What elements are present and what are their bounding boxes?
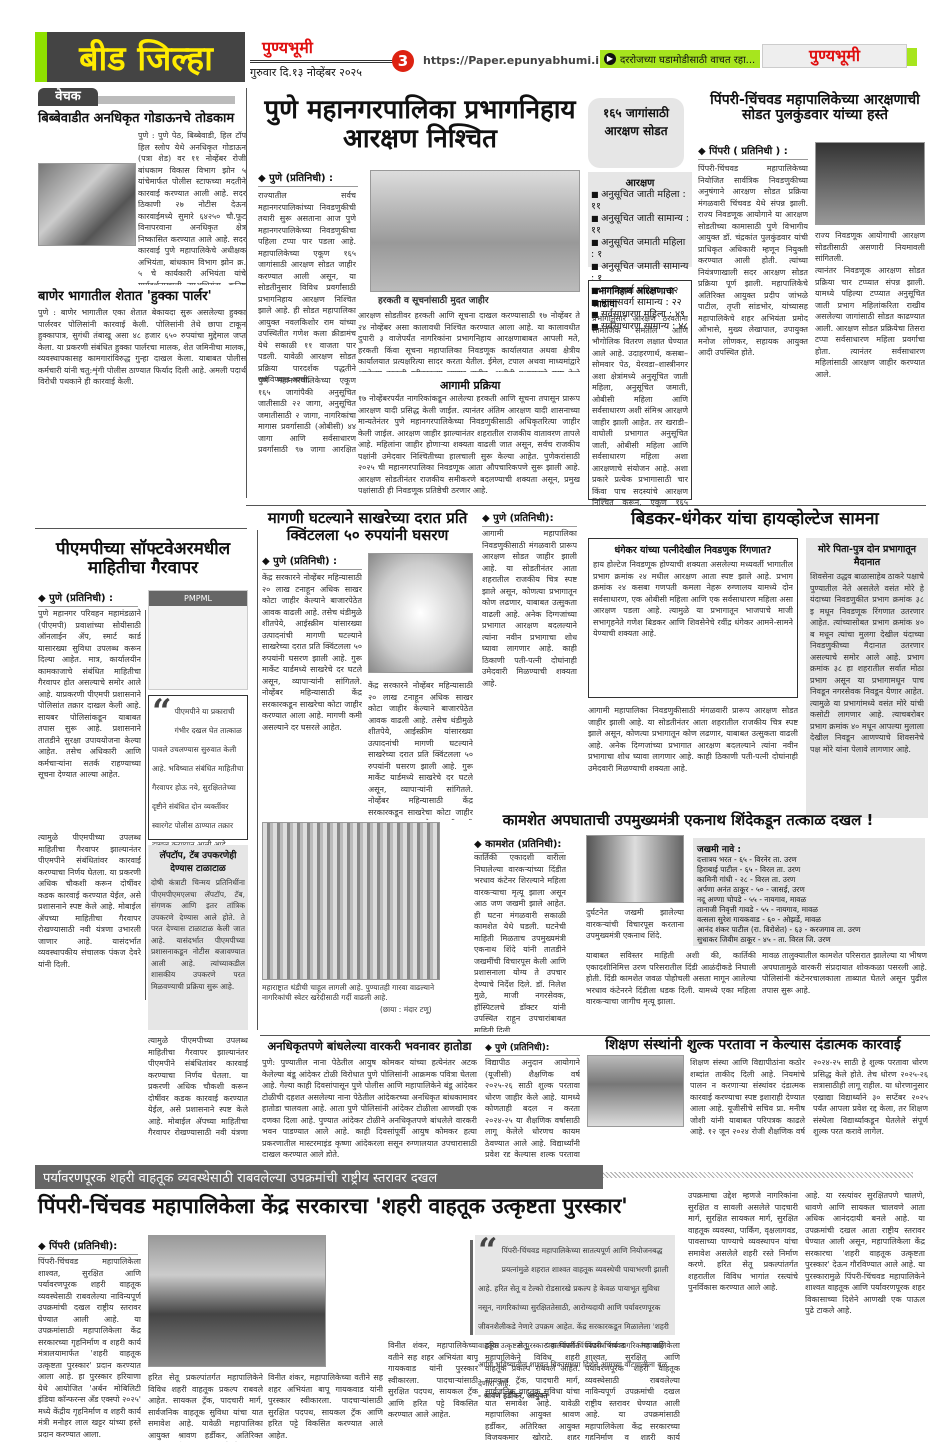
article-body: आगामी महापालिका निवडणुकीसाठी मंगळवारी प्… xyxy=(588,705,798,815)
article-body: १७ नोव्हेंबरपर्यंत नागरिकांकडून आलेल्या … xyxy=(358,393,580,498)
article-body: पुणे : बाणेर भागातील एका शेतात बेकायदा स… xyxy=(38,307,246,522)
article-title: बाणेर भागातील शेतात 'हुक्का पार्लर' xyxy=(38,290,246,304)
award-banner: पर्यावरणपूरक शहरी वाहतूक व्यवस्थेसाठी रा… xyxy=(35,1165,603,1189)
article-body: केंद्र सरकारने नोव्हेंबर महिन्यासाठी २० … xyxy=(368,680,473,820)
quote-icon: “ xyxy=(478,1238,498,1265)
website-link[interactable]: https://Paper.epunyabhumi.in xyxy=(423,54,607,67)
box-text: दोषी कंत्राटी चिन्मय प्रतिनिधींना पीएमपी… xyxy=(151,877,245,1027)
pmc-building-photo xyxy=(370,170,580,292)
article-body: पुणे महानगरपालिकेच्या एकूण १६५ जागांपैकी… xyxy=(258,375,356,453)
box-title: मोरे पिता-पुत्र दोन प्रभागातून मैदानात xyxy=(810,542,924,568)
play-icon: ▶ xyxy=(604,53,616,65)
article-title: पीएमपीच्या सॉफ्टवेअरमधील माहितीचा गैरवाप… xyxy=(38,540,248,577)
quote-bar xyxy=(470,1240,473,1335)
injured-title: जखमी नावे : xyxy=(697,842,921,855)
article-body: आरक्षण सोडतीवर हरकती आणि सूचना दाखल करण्… xyxy=(358,310,580,372)
article-title: शिक्षण संस्थांनी शुल्क परतावा न केल्यास … xyxy=(578,1038,928,1053)
ticker-text: दररोजच्या घडामोडीसाठी वाचत रहा... xyxy=(620,52,755,66)
article-body: विनीत शंकर, महापालिकेच्या वतीने सह शहर अ… xyxy=(388,1340,478,1440)
article-title: कामशेत अपघाताची उपमुख्यमंत्री एकनाथ शिंद… xyxy=(448,812,928,829)
article-body: आहे. या रस्त्यांवर सुरक्षितपणे चालणे, धा… xyxy=(805,1190,925,1440)
injured-item: सुधाकर जिवीम ठाकूर - ४५ - ता. विरल जि. उ… xyxy=(697,935,921,945)
dhangekar-box: धंगेकर यांच्या पत्नीदेखील निवडणुक रिंगणा… xyxy=(588,538,798,698)
article-title: अनधिकृतपणे बांधलेल्या वारकरी भवनावर हातो… xyxy=(262,1040,477,1053)
byline: ◆ पुणे (प्रतिनिधी): xyxy=(485,1040,580,1056)
section-divider xyxy=(260,1035,930,1036)
article-body: हरित सेतू प्रकल्पांतर्गत महापालिकेने विव… xyxy=(148,1372,263,1442)
article-title: पिंपरी-चिंचवड महापालिकेच्या आरक्षणाची सो… xyxy=(695,93,935,124)
injured-list: दत्तात्रय भरत - ६५ - विरनेर ता. उरण हिरा… xyxy=(697,855,921,945)
injured-item: हिराबाई पाटील - ६५ - विरल ता. उरण xyxy=(697,865,921,875)
reservation-draw-photo xyxy=(815,142,925,225)
more-box: मोरे पिता-पुत्र दोन प्रभागातून मैदानात श… xyxy=(806,538,928,818)
injured-item: आनंद शंकर पाटील (रा. विरोशेत) - ६३ - करज… xyxy=(697,925,921,935)
article-title: बिडकर-धंगेकर यांचा हायव्होल्टेज सामना xyxy=(585,510,925,529)
banner-pattern xyxy=(603,1172,913,1178)
injured-item: दत्तात्रय भरत - ६५ - विरनेर ता. उरण xyxy=(697,855,921,865)
app-header: PMPML xyxy=(149,591,247,606)
pmpml-app-screenshot: PMPML xyxy=(148,590,248,690)
photo-caption: महाराष्ट्रात थंडीची चाहूल लागली आहे. पुण… xyxy=(262,983,440,1003)
article-body: पिंपरी-चिंचवड महापालिकेला शाश्वत, सुरक्ष… xyxy=(585,1340,680,1440)
injured-item: तानाजी निवृत्ती गावडे - ५५ - नायगाव, माव… xyxy=(697,905,921,915)
article-body: विद्यापीठ अनुदान आयोगाने (यूजीसी) शैक्षण… xyxy=(485,1057,580,1157)
article-body: मावळ तालुक्यातील कामशेत परिसरात झालेल्या… xyxy=(762,950,927,1030)
kamshet-photo xyxy=(586,835,684,903)
reservation-box-title: आरक्षण xyxy=(591,175,689,189)
lead-headline: पुणे महानगरपालिका प्रभागनिहाय आरक्षण निश… xyxy=(255,96,585,153)
article-body: विनीत शंकर, महापालिकेच्या वतीने सह शहर अ… xyxy=(268,1372,383,1442)
box-text: शिवसेना उद्धव बाळासाहेब ठाकरे पक्षाचे पु… xyxy=(810,571,924,821)
box-title: धंगेकर यांच्या पत्नीदेखील निवडणुक रिंगणा… xyxy=(593,543,793,556)
section-tag: वेचक xyxy=(38,88,98,106)
photo-credit: (छाया : मंदार टणू) xyxy=(380,1005,432,1015)
section-tag-bar xyxy=(98,96,235,104)
section-title: बीड जिल्हा xyxy=(35,32,245,82)
reservation-item: अनुसूचित जाती सामान्य : ११ xyxy=(591,213,689,237)
injured-box: जखमी नावे : दत्तात्रय भरत - ६५ - विरनेर … xyxy=(693,838,925,946)
article-body: कार्तिकी एकादशी वारीला निघालेल्या वारकऱ्… xyxy=(474,852,566,1032)
photo-caption: हरकती व सूचनांसाठी मुदत जाहीर xyxy=(378,296,489,306)
column-divider xyxy=(145,610,146,1000)
page-number: 3 xyxy=(392,50,414,72)
issue-date: गुरुवार दि.१३ नोव्हेंबर २०२५ xyxy=(250,65,362,80)
brand-name: पुण्यभूमी xyxy=(262,36,313,58)
injured-item: अर्पणा अनंत ठाकूर - ५० - जासई, उरण xyxy=(697,885,921,895)
article-title: पिंपरी-चिंचवड महापालिकेला केंद्र सरकारचा… xyxy=(38,1195,678,1218)
article-body: पिंपरी-चिंचवड महापालिकेला शाश्वत, सुरक्ष… xyxy=(38,1256,141,1441)
laptop-box: लॅपटॉप, टॅब उपकरणेही देण्यास टाळाटाळ दोष… xyxy=(148,845,248,1030)
column-divider xyxy=(257,530,258,1030)
header-divider xyxy=(250,60,398,63)
logo-accent xyxy=(907,48,917,66)
article-body: पुणे: पुण्यातील नाना पेठेतील आयुष कोमकर … xyxy=(262,1057,477,1157)
ward-summary-text: प्रभागानुसार आरक्षण ठरवताना सामाजिक समतो… xyxy=(592,313,688,508)
box-text: हाय होल्टेज निवडणूक होण्याची शक्यता असले… xyxy=(593,559,793,694)
article-body: त्यानंतर निवडणूक आरक्षण सोडत प्रक्रिया च… xyxy=(815,265,925,498)
byline: ◆ पुणे (प्रतिनिधी) : xyxy=(262,553,362,570)
column-divider xyxy=(246,88,247,498)
ward-summary-title: प्रभागनिहाय आरक्षणाचा आढावा xyxy=(592,284,688,310)
photo-caption: दुर्घटनेत जखमी झालेल्या वारकऱ्यांची विचा… xyxy=(586,907,684,942)
section-divider xyxy=(35,528,247,529)
ticker[interactable]: ▶दररोजच्या घडामोडीसाठी वाचत रहा... xyxy=(600,50,760,68)
byline: ◆ पुणे (प्रतिनिधी) : xyxy=(38,590,138,607)
byline: ◆ पिंपरी ( प्रतिनिधी ) : xyxy=(698,143,808,160)
reservation-bubble: १६५ जागांसाठी आरक्षण सोडत xyxy=(588,98,684,168)
article-body: पिंपरी-चिंचवड महापालिकेच्या नियोजित सार्… xyxy=(698,163,808,498)
article-body: हरित सेतू प्रकल्पांतर्गत महापालिकेने विव… xyxy=(485,1340,580,1440)
article-body: त्यामुळे पीएमपीच्या उपलब्ध माहितीचा गैरव… xyxy=(38,832,141,1132)
article-body: याबाबत सविस्तर माहिती अशी की, कार्तिकी ए… xyxy=(586,950,756,1030)
commissioner-quote: “ पिंपरी-चिंचवड महापालिकेच्या सातत्यपूर्… xyxy=(475,1235,675,1335)
injured-item: वत्सला सुरेश गायकवाड - ६० - ओझर्डे, मावळ xyxy=(697,915,921,925)
award-ceremony-photo xyxy=(148,1235,326,1367)
ugc-building-photo xyxy=(587,1055,684,1127)
reservation-box: आरक्षण अनुसूचित जाती महिला : ११ अनुसूचित… xyxy=(588,172,692,267)
byline: ◆ पुणे (प्रतिनिधी) : xyxy=(258,170,358,187)
reservation-item: अनुसूचित जमाती महिला : १ xyxy=(591,237,689,261)
article-body: पुणे महानगर परिवहन महामंडळाने (पीएमपी) प… xyxy=(38,608,141,828)
article-title: बिब्बेवाडीत अनधिकृत गोडाऊनचे तोडकाम xyxy=(38,112,246,126)
subsection-title: आगामी प्रक्रिया xyxy=(440,378,500,393)
byline: ◆ कामशेत (प्रतिनिधी): xyxy=(474,836,564,853)
article-body: पुणे : पुणे पेठ, बिब्बेवाडी, हिल टॉप हिल… xyxy=(38,130,246,285)
article-body: त्यामुळे पीएमपीच्या उपलब्ध माहितीचा गैरव… xyxy=(148,1035,248,1135)
article-title: मागणी घटल्याने साखरेच्या दरात प्रति क्वि… xyxy=(260,510,475,543)
masthead-logo: पुण्यभूमी xyxy=(762,44,907,68)
byline: ◆ पिंपरी (प्रतिनिधी): xyxy=(38,1238,138,1255)
injured-item: नदू अण्णा चोपडे - ५५ - नायगाव, मावळ xyxy=(697,895,921,905)
article-body: आगामी महापालिका निवडणुकीसाठी मंगळवारी प्… xyxy=(482,528,577,818)
article-body: केंद्र सरकारने नोव्हेंबर महिन्यासाठी २० … xyxy=(262,572,362,817)
article-body: उपक्रमाचा उद्देश म्हणजे नागरिकांना सुरक्… xyxy=(688,1190,798,1440)
sugar-photo xyxy=(368,553,473,673)
photo-caption: राज्य निवडणूक आयोगाची आरक्षण सोडतीसाठी अ… xyxy=(815,230,925,262)
section-divider xyxy=(246,505,926,506)
reservation-item: अनुसूचित जाती महिला : ११ xyxy=(591,189,689,213)
box-title: लॅपटॉप, टॅब उपकरणेही देण्यास टाळाटाळ xyxy=(151,848,245,874)
ward-summary-box: प्रभागनिहाय आरक्षणाचा आढावा प्रभागानुसार… xyxy=(588,280,692,500)
byline: ◆ पुणे (प्रतिनिधी): xyxy=(482,510,577,527)
article-body: शिक्षण संस्था आणि विद्यापीठांना कठोर शब्… xyxy=(690,1057,928,1157)
quote-box: “ पीएमपीने या प्रकाराची गंभीर दखल घेत ता… xyxy=(148,695,248,840)
injured-item: कामिनी गांधी - २८ - विरल ता. उरण xyxy=(697,875,921,885)
photo-spacer xyxy=(38,163,138,283)
winter-market-photo xyxy=(262,822,440,980)
quote-icon: “ xyxy=(152,699,172,726)
